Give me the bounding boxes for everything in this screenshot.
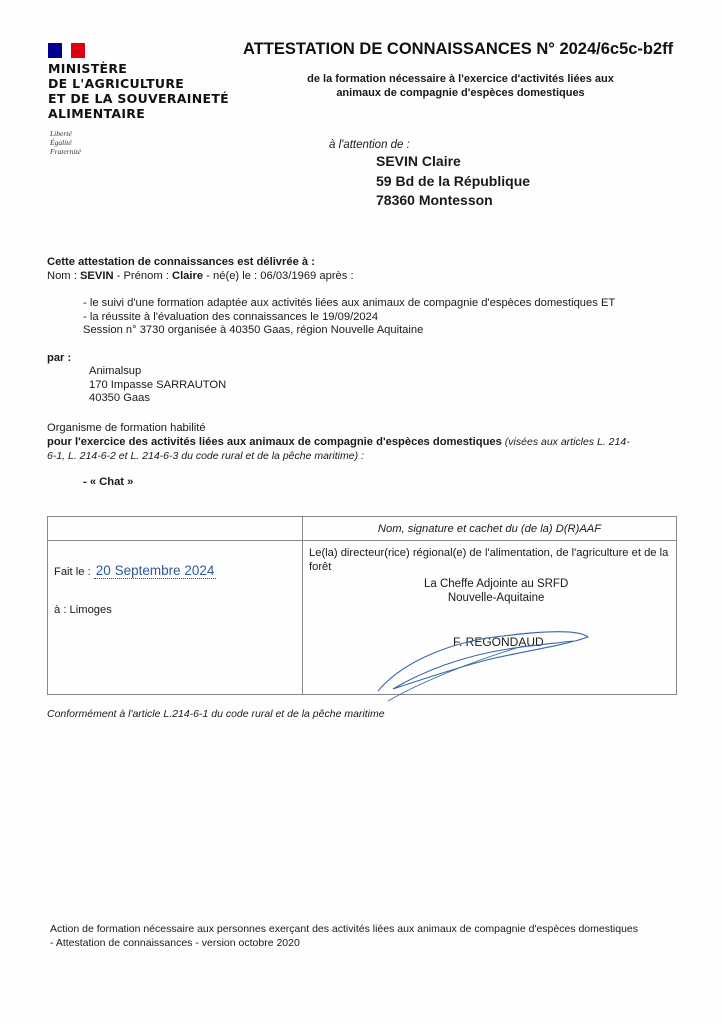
director-title: Le(la) directeur(rice) régional(e) de l'… bbox=[309, 546, 670, 574]
place-date-cell: Fait le : 20 Septembre 2024 à : Limoges bbox=[48, 541, 303, 695]
issue-date: 20 Septembre 2024 bbox=[96, 563, 215, 578]
signature-header: Nom, signature et cachet du (de la) D(R)… bbox=[303, 517, 677, 541]
recipient-address-line2: 78360 Montesson bbox=[376, 191, 530, 211]
training-organisation: Animalsup 170 Impasse SARRAUTON 40350 Ga… bbox=[89, 365, 226, 406]
par-label: par : bbox=[47, 352, 71, 366]
signature-cell: Le(la) directeur(rice) régional(e) de l'… bbox=[303, 541, 677, 695]
org-address2: 40350 Gaas bbox=[89, 392, 226, 406]
marianne-flag-logo bbox=[48, 43, 92, 58]
articles-reference: 6-1, L. 214-6-2 et L. 214-6-3 du code ru… bbox=[47, 450, 364, 464]
holder-birth-date: 06/03/1969 bbox=[260, 270, 316, 282]
recipient-name: SEVIN Claire bbox=[376, 152, 530, 172]
document-subtitle: de la formation nécessaire à l'exercice … bbox=[243, 72, 678, 100]
holder-first-name: Claire bbox=[172, 270, 203, 282]
habilite-line: Organisme de formation habilité bbox=[47, 422, 206, 436]
species-category: - « Chat » bbox=[83, 476, 133, 490]
legal-reference: Conformément à l'article L.214-6-1 du co… bbox=[47, 708, 385, 722]
republic-motto: Liberté Égalité Fraternité bbox=[50, 129, 81, 156]
org-address1: 170 Impasse SARRAUTON bbox=[89, 379, 226, 393]
document-title: ATTESTATION DE CONNAISSANCES N° 2024/6c5… bbox=[243, 40, 673, 59]
ministry-name: MINISTÈRE DE L'AGRICULTURE ET DE LA SOUV… bbox=[48, 61, 229, 121]
recipient-address: SEVIN Claire 59 Bd de la République 7836… bbox=[376, 152, 530, 211]
org-name: Animalsup bbox=[89, 365, 226, 379]
activities-scope: pour l'exercice des activités liées aux … bbox=[47, 436, 687, 450]
attention-label: à l'attention de : bbox=[329, 139, 410, 151]
fait-le-line: Fait le : 20 Septembre 2024 bbox=[54, 563, 302, 578]
recipient-address-line1: 59 Bd de la République bbox=[376, 172, 530, 192]
holder-last-name: SEVIN bbox=[80, 270, 114, 282]
handwritten-signature bbox=[363, 601, 603, 711]
condition-training: - le suivi d'une formation adaptée aux a… bbox=[83, 297, 615, 311]
issue-place: à : Limoges bbox=[54, 604, 302, 616]
delivered-heading: Cette attestation de connaissances est d… bbox=[47, 256, 315, 270]
signature-table: Nom, signature et cachet du (de la) D(R)… bbox=[47, 516, 677, 695]
empty-header-cell bbox=[48, 517, 303, 541]
session-info: Session n° 3730 organisée à 40350 Gaas, … bbox=[83, 324, 423, 338]
footer-note: Action de formation nécessaire aux perso… bbox=[50, 922, 638, 950]
holder-identity: Nom : SEVIN - Prénom : Claire - né(e) le… bbox=[47, 270, 354, 284]
condition-evaluation: - la réussite à l'évaluation des connais… bbox=[83, 311, 378, 325]
